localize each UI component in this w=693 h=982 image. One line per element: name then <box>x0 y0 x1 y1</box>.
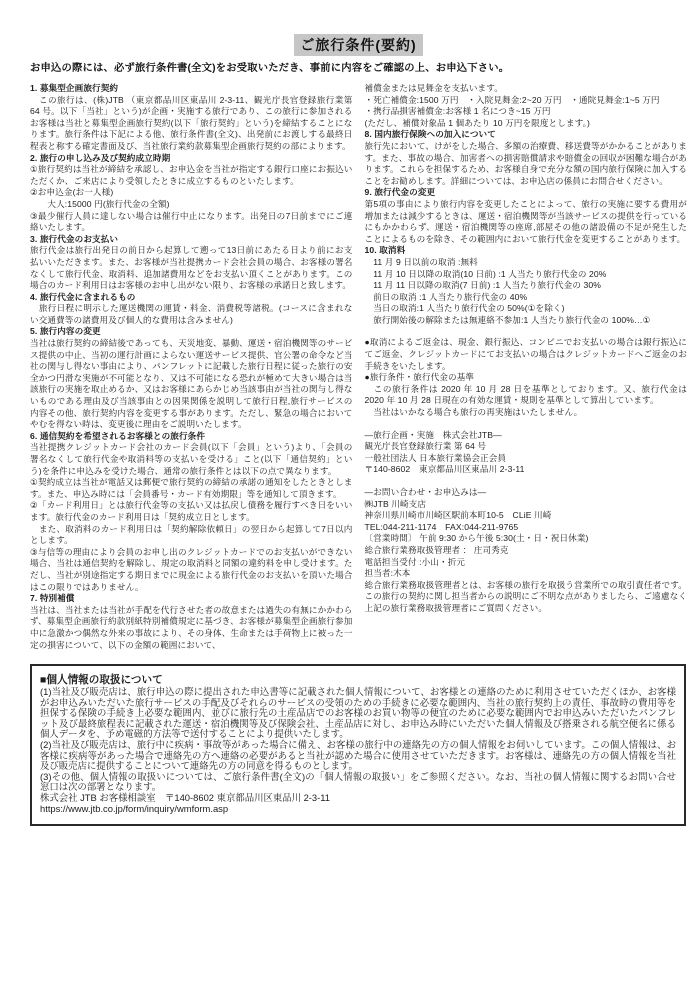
text-block: 〔営業時間〕 午前 9:30 から午後 5:30(土・日・祝日休業) <box>365 533 688 545</box>
text-block: 神奈川県川崎市川崎区駅前本町10-5 CLiE 川崎 <box>365 510 688 522</box>
text-block: 当日の取消:1 人当たり旅行代金の 50%(①を除く) <box>365 303 688 315</box>
text-block: 6. 通信契約を希望されるお客様との旅行条件 <box>30 431 353 443</box>
text-block: 大人:15000 円(旅行代金の全額) <box>30 199 353 211</box>
text-block: ―お問い合わせ・お申込みは― <box>365 487 688 499</box>
text-block: https://www.jtb.co.jp/form/inquiry/wmfor… <box>40 804 676 815</box>
text-block: 5. 旅行内容の変更 <box>30 326 353 338</box>
text-block: また、取消料のカード利用日は「契約解除依頼日」の翌日から起算して7日以内とします… <box>30 524 353 547</box>
text-block: 8. 国内旅行保険への加入について <box>365 129 688 141</box>
left-column: 1. 募集型企画旅行契約 この旅行は、(株)JTB （東京都品川区東品川 2-3… <box>30 83 353 651</box>
text-block: 旅行代金は旅行出発日の前日から起算して遡って13日前にあたる日より前にお支払いい… <box>30 245 353 291</box>
text-block: この旅行は、(株)JTB （東京都品川区東品川 2-3-11、観光庁長官登録旅行… <box>30 95 353 153</box>
text-block: 7. 特別補償 <box>30 593 353 605</box>
text-block: 旅行開始後の解除または無連絡不参加:1 人当たり旅行代金の 100%…① <box>365 315 688 327</box>
text-block: ㈱JTB 川崎支店 <box>365 499 688 511</box>
text-block: 10. 取消料 <box>365 245 688 257</box>
text-block <box>365 476 688 487</box>
text-block: 旅行先において、けがをした場合、多額の治療費、移送費等がかかることがあります。ま… <box>365 141 688 187</box>
page-title: ご旅行条件(要約) <box>294 34 422 56</box>
text-block: 旅行日程に明示した運送機関の運賃・料金、消費税等諸税。(コースに含まれない交通費… <box>30 303 353 326</box>
text-block: この旅行条件は 2020 年 10 月 28 日を基準としております。又、旅行代… <box>365 384 688 407</box>
personal-info-handling-box: ■個人情報の取扱について(1)当社及び販売店は、旅行申込の際に提出された申込書等… <box>30 664 686 826</box>
text-block <box>365 326 688 337</box>
text-block: 総合旅行業務取扱管理者とは、お客様の旅行を取扱う営業所での取引責任者です。この旅… <box>365 580 688 615</box>
text-block: 4. 旅行代金に含まれるもの <box>30 292 353 304</box>
text-block: (ただし、補償対象品 1 個あたり 10 万円を限度とします。) <box>365 118 688 130</box>
title-row: ご旅行条件(要約) <box>30 34 687 56</box>
text-block: 観光庁長官登録旅行業 第 64 号 <box>365 441 688 453</box>
text-block: 11 月 10 日以降の取消(10 日前) :1 人当たり旅行代金の 20% <box>365 269 688 281</box>
text-block: ③最少催行人員に達しない場合は催行中止になります。出発日の7日前までにご連絡いた… <box>30 211 353 234</box>
intro-note: お申込の際には、必ず旅行条件書(全文)をお受取いただき、事前に内容をご確認の上、… <box>30 59 687 74</box>
text-block: ●取消によるご返金は、現金、銀行振込、コンビニでお支払いの場合は銀行振込にてご返… <box>365 337 688 372</box>
text-block: ①契約成立は当社が電話又は郵便で旅行契約の締結の承諾の通知をしたときとします。ま… <box>30 477 353 500</box>
text-block: ②お申込金(お一人様) <box>30 187 353 199</box>
text-block: ③与信等の理由により会員のお申し出のクレジットカードでのお支払いができない場合、… <box>30 547 353 593</box>
text-block <box>365 419 688 430</box>
text-block: 当社はいかなる場合も旅行の再実施はいたしません。 <box>365 407 688 419</box>
text-block: 総合旅行業務取扱管理者 ： 庄司秀克 <box>365 545 688 557</box>
text-block: ・携行品損害補償金:お客様 1 名につき~15 万円 <box>365 106 688 118</box>
text-block: 3. 旅行代金のお支払い <box>30 234 353 246</box>
text-block: 9. 旅行代金の変更 <box>365 187 688 199</box>
text-block: (1)当社及び販売店は、旅行申込の際に提出された申込書等に記載された個人情報につ… <box>40 687 676 740</box>
text-block: (2)当社及び販売店は、旅行中に疾病・事故等があった場合に備え、お客様の旅行中の… <box>40 740 676 772</box>
text-block: 当社提携クレジットカード会社のカード会員(以下「会員」という)より、「会員の署名… <box>30 442 353 477</box>
travel-conditions-document: ご旅行条件(要約) お申込の際には、必ず旅行条件書(全文)をお受取いただき、事前… <box>0 0 693 982</box>
text-block: ②「カード利用日」とは旅行代金等の支払い又は払戻し債務を履行すべき日をいいます。… <box>30 500 353 523</box>
text-block: 担当者:木本 <box>365 568 688 580</box>
text-block: 当社は、当社または当社が手配を代行させた者の故意または過失の有無にかかわらず、募… <box>30 605 353 651</box>
text-block: 1. 募集型企画旅行契約 <box>30 83 353 95</box>
text-block: 一般社団法人 日本旅行業協会正会員 <box>365 453 688 465</box>
text-block: ・死亡補償金:1500 万円 ・入院見舞金:2~20 万円 ・通院見舞金:1~5… <box>365 95 688 107</box>
text-block: 電話担当受付 :小山・折元 <box>365 557 688 569</box>
text-block: TEL:044-211-1174 FAX:044-211-9765 <box>365 522 688 534</box>
text-block: 当社は旅行契約の締結後であっても、天災地変、暴動、運送・宿泊機関等のサービス提供… <box>30 338 353 431</box>
text-block: 〒140-8602 東京都品川区東品川 2-3-11 <box>365 464 688 476</box>
text-block: ―旅行企画・実施 株式会社JTB― <box>365 430 688 442</box>
text-block: ①旅行契約は当社が締結を承認し、お申込金を当社が指定する銀行口座にお振込いただく… <box>30 164 353 187</box>
text-block: ●旅行条件・旅行代金の基準 <box>365 372 688 384</box>
text-block: (3)その他、個人情報の取扱いについては、ご旅行条件書(全文)の「個人情報の取扱… <box>40 772 676 793</box>
text-block: 前日の取消 :1 人当たり旅行代金の 40% <box>365 292 688 304</box>
text-block: 第5項の事由により旅行内容を変更したことによって、旅行の実施に要する費用が増加ま… <box>365 199 688 245</box>
text-block: 11 月 11 日以降の取消(7 日前) :1 人当たり旅行代金の 30% <box>365 280 688 292</box>
text-block: 11 月 9 日以前の取消 :無料 <box>365 257 688 269</box>
right-column: 補償金または見舞金を支払います。・死亡補償金:1500 万円 ・入院見舞金:2~… <box>365 83 688 651</box>
two-column-body: 1. 募集型企画旅行契約 この旅行は、(株)JTB （東京都品川区東品川 2-3… <box>30 83 687 651</box>
text-block: 2. 旅行の申し込み及び契約成立時期 <box>30 153 353 165</box>
text-block: 補償金または見舞金を支払います。 <box>365 83 688 95</box>
